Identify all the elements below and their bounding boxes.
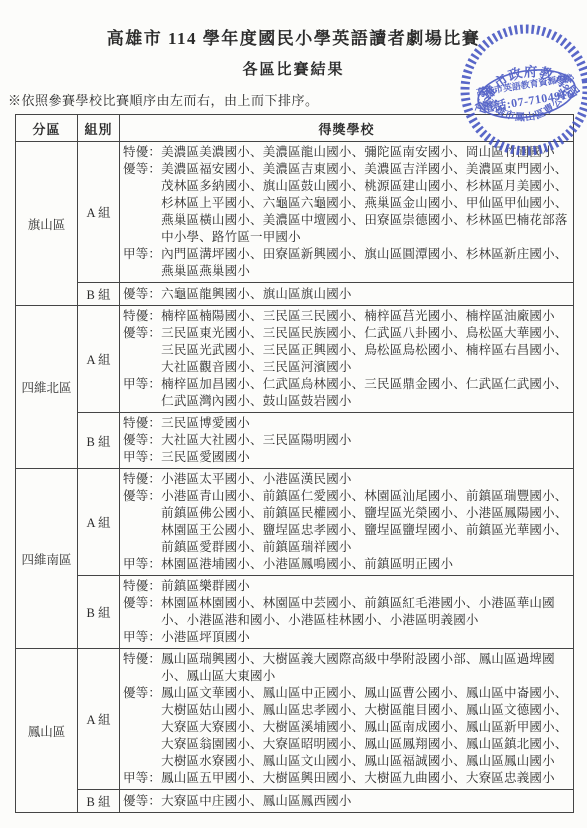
results-table-body: 旗山區A 組特優：美濃區美濃國小、美濃區龍山國小、彌陀區南安國小、岡山區竹圍國小… [16,142,574,813]
table-row: B 組特優：三民區博愛國小優等：大社區大社國小、三民區陽明國小甲等：三民區愛國國… [16,413,574,469]
table-row: 旗山區A 組特優：美濃區美濃國小、美濃區龍山國小、彌陀區南安國小、岡山區竹圍國小… [16,142,574,283]
award-line: 特優：美濃區美濃國小、美濃區龍山國小、彌陀區南安國小、岡山區竹圍國小 [123,144,570,161]
school-list: 林園區林園國小、林園區中芸國小、前鎮區紅毛港國小、小港區華山國小、小港區港和國小… [161,596,555,627]
award-line: 特優：楠梓區楠陽國小、三民區三民國小、楠梓區莒光國小、楠梓區油廠國小 [123,308,570,325]
award-line: 優等：大寮區中庄國小、鳳山區鳳西國小 [123,793,570,810]
rank-label: 特優： [123,579,161,593]
district-cell: 旗山區 [16,142,78,306]
rank-label: 特優： [123,652,161,666]
awards-cell: 特優：鳳山區瑞興國小、大樹區義大國際高級中學附設國小部、鳳山區過埤國小、鳳山區大… [120,649,574,790]
group-cell: A 組 [78,649,120,790]
award-line: 甲等：三民區愛國國小 [123,449,570,466]
group-cell: B 組 [78,790,120,813]
award-line: 甲等：楠梓區加昌國小、仁武區烏林國小、三民區鼎金國小、仁武區仁武國小、仁武區灣內… [123,376,570,410]
district-cell: 鳳山區 [16,649,78,813]
award-line: 優等：三民區東光國小、三民區民族國小、仁武區八卦國小、鳥松區大華國小、三民區光武… [123,325,570,376]
rank-label: 特優： [123,472,161,486]
school-list: 楠梓區加昌國小、仁武區烏林國小、三民區鼎金國小、仁武區仁武國小、仁武區灣內國小、… [161,377,567,408]
awards-cell: 特優：小港區太平國小、小港區漢民國小優等：小港區青山國小、前鎮區仁愛國小、林園區… [120,469,574,576]
header-district: 分區 [16,115,78,142]
awards-cell: 優等：大寮區中庄國小、鳳山區鳳西國小 [120,790,574,813]
award-line: 特優：小港區太平國小、小港區漢民國小 [123,471,570,488]
award-line: 甲等：鳳山區五甲國小、大樹區興田國小、大樹區九曲國小、大寮區忠義國小 [123,770,570,787]
school-list: 小港區坪頂國小 [161,630,250,644]
awards-cell: 特優：美濃區美濃國小、美濃區龍山國小、彌陀區南安國小、岡山區竹圍國小優等：美濃區… [120,142,574,283]
award-line: 特優：前鎮區樂群國小 [123,578,570,595]
table-row: B 組優等：六龜區龍興國小、旗山區旗山國小 [16,283,574,306]
award-line: 優等：大社區大社國小、三民區陽明國小 [123,432,570,449]
rank-label: 特優： [123,309,161,323]
rank-label: 甲等： [123,247,161,261]
award-line: 特優：三民區博愛國小 [123,415,570,432]
award-line: 優等：美濃區福安國小、美濃區吉東國小、美濃區吉洋國小、美濃區東門國小、茂林區多納… [123,161,570,246]
awards-cell: 優等：六龜區龍興國小、旗山區旗山國小 [120,283,574,306]
awards-cell: 特優：三民區博愛國小優等：大社區大社國小、三民區陽明國小甲等：三民區愛國國小 [120,413,574,469]
group-cell: B 組 [78,283,120,306]
rank-label: 優等： [123,326,161,340]
group-cell: B 組 [78,413,120,469]
results-table: 分區 組別 得獎學校 旗山區A 組特優：美濃區美濃國小、美濃區龍山國小、彌陀區南… [15,114,574,813]
school-list: 三民區東光國小、三民區民族國小、仁武區八卦國小、鳥松區大華國小、三民區光武國小、… [161,326,567,374]
district-cell: 四維南區 [16,469,78,649]
awards-cell: 特優：楠梓區楠陽國小、三民區三民國小、楠梓區莒光國小、楠梓區油廠國小優等：三民區… [120,306,574,413]
award-line: 甲等：小港區坪頂國小 [123,629,570,646]
rank-label: 甲等： [123,557,161,571]
rank-label: 優等： [123,794,161,808]
rank-label: 優等： [123,686,161,700]
school-list: 三民區博愛國小 [161,416,250,430]
award-line: 特優：鳳山區瑞興國小、大樹區義大國際高級中學附設國小部、鳳山區過埤國小、鳳山區大… [123,651,570,685]
award-line: 優等：林園區林園國小、林園區中芸國小、前鎮區紅毛港國小、小港區華山國小、小港區港… [123,595,570,629]
group-cell: A 組 [78,469,120,576]
school-list: 六龜區龍興國小、旗山區旗山國小 [161,287,352,301]
rank-label: 甲等： [123,771,161,785]
rank-label: 特優： [123,145,161,159]
header-schools: 得獎學校 [120,115,574,142]
rank-label: 優等： [123,596,161,610]
page-subtitle: 各區比賽結果 [0,58,587,79]
award-line: 甲等：林園區港埔國小、小港區鳳鳴國小、前鎮區明正國小 [123,556,570,573]
school-list: 鳳山區瑞興國小、大樹區義大國際高級中學附設國小部、鳳山區過埤國小、鳳山區大東國小 [161,652,555,683]
table-row: B 組優等：大寮區中庄國小、鳳山區鳳西國小 [16,790,574,813]
school-list: 鳳山區文華國小、鳳山區中正國小、鳳山區曹公國小、鳳山區中崙國小、大樹區姑山國小、… [161,686,567,768]
sort-note: ※依照參賽學校比賽順序由左而右，由上而下排序。 [8,90,587,109]
rank-label: 優等： [123,162,161,176]
table-row: 鳳山區A 組特優：鳳山區瑞興國小、大樹區義大國際高級中學附設國小部、鳳山區過埤國… [16,649,574,790]
school-list: 美濃區福安國小、美濃區吉東國小、美濃區吉洋國小、美濃區東門國小、茂林區多納國小、… [161,162,567,244]
rank-label: 甲等： [123,377,161,391]
rank-label: 特優： [123,416,161,430]
rank-label: 優等： [123,433,161,447]
award-line: 甲等：內門區溝坪國小、田寮區新興國小、旗山區圓潭國小、杉林區新庄國小、燕巢區燕巢… [123,246,570,280]
school-list: 林園區港埔國小、小港區鳳鳴國小、前鎮區明正國小 [161,557,453,571]
awards-cell: 特優：前鎮區樂群國小優等：林園區林園國小、林園區中芸國小、前鎮區紅毛港國小、小港… [120,576,574,649]
district-cell: 四維北區 [16,306,78,469]
school-list: 內門區溝坪國小、田寮區新興國小、旗山區圓潭國小、杉林區新庄國小、燕巢區燕巢國小 [161,247,567,278]
school-list: 小港區太平國小、小港區漢民國小 [161,472,352,486]
table-row: B 組特優：前鎮區樂群國小優等：林園區林園國小、林園區中芸國小、前鎮區紅毛港國小… [16,576,574,649]
group-cell: B 組 [78,576,120,649]
school-list: 大寮區中庄國小、鳳山區鳳西國小 [161,794,352,808]
school-list: 楠梓區楠陽國小、三民區三民國小、楠梓區莒光國小、楠梓區油廠國小 [161,309,555,323]
school-list: 小港區青山國小、前鎮區仁愛國小、林園區汕尾國小、前鎮區瑞豐國小、前鎮區佛公國小、… [161,489,567,554]
school-list: 大社區大社國小、三民區陽明國小 [161,433,352,447]
rank-label: 甲等： [123,450,161,464]
page-title: 高雄市 114 學年度國民小學英語讀者劇場比賽 [0,24,587,49]
group-cell: A 組 [78,142,120,283]
document-page: 高雄市 114 學年度國民小學英語讀者劇場比賽 各區比賽結果 ※依照參賽學校比賽… [0,0,587,828]
rank-label: 甲等： [123,630,161,644]
award-line: 優等：小港區青山國小、前鎮區仁愛國小、林園區汕尾國小、前鎮區瑞豐國小、前鎮區佛公… [123,488,570,556]
award-line: 優等：六龜區龍興國小、旗山區旗山國小 [123,286,570,303]
rank-label: 優等： [123,489,161,503]
rank-label: 優等： [123,287,161,301]
table-header-row: 分區 組別 得獎學校 [16,115,574,142]
table-row: 四維北區A 組特優：楠梓區楠陽國小、三民區三民國小、楠梓區莒光國小、楠梓區油廠國… [16,306,574,413]
header-group: 組別 [78,115,120,142]
award-line: 優等：鳳山區文華國小、鳳山區中正國小、鳳山區曹公國小、鳳山區中崙國小、大樹區姑山… [123,685,570,770]
group-cell: A 組 [78,306,120,413]
school-list: 前鎮區樂群國小 [161,579,250,593]
school-list: 三民區愛國國小 [161,450,250,464]
table-row: 四維南區A 組特優：小港區太平國小、小港區漢民國小優等：小港區青山國小、前鎮區仁… [16,469,574,576]
school-list: 美濃區美濃國小、美濃區龍山國小、彌陀區南安國小、岡山區竹圍國小 [161,145,555,159]
school-list: 鳳山區五甲國小、大樹區興田國小、大樹區九曲國小、大寮區忠義國小 [161,771,555,785]
